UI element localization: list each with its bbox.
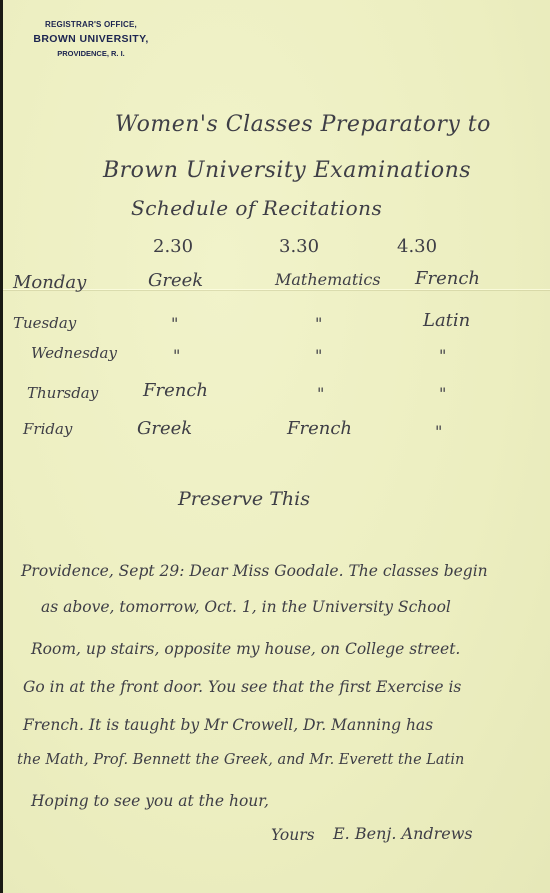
schedule-cell: French [143, 380, 208, 401]
signature: E. Benj. Andrews [333, 824, 473, 843]
letter-line: as above, tomorrow, Oct. 1, in the Unive… [41, 598, 451, 616]
heading-line-2: Brown University Examinations [103, 158, 471, 183]
letter-line: Hoping to see you at the hour, [31, 792, 269, 810]
letter-line: the Math, Prof. Bennett the Greek, and M… [17, 752, 464, 768]
schedule-cell: " [315, 346, 322, 365]
day-label: Wednesday [31, 344, 117, 362]
schedule-cell: Greek [148, 270, 203, 291]
letterhead: REGISTRAR'S OFFICE, BROWN UNIVERSITY, PR… [21, 20, 161, 58]
schedule-cell: " [171, 314, 178, 333]
day-label: Tuesday [13, 314, 76, 332]
letter-line: Providence, Sept 29: Dear Miss Goodale. … [21, 562, 488, 580]
schedule-cell: " [315, 314, 322, 333]
schedule-cell: " [317, 384, 324, 403]
day-label: Thursday [27, 384, 98, 402]
letter-line: French. It is taught by Mr Crowell, Dr. … [23, 716, 433, 734]
preserve-note: Preserve This [178, 488, 310, 510]
day-label: Friday [23, 420, 72, 438]
schedule-cell: Mathematics [275, 270, 381, 289]
heading-line-3: Schedule of Recitations [131, 196, 382, 220]
schedule-cell: " [439, 346, 446, 365]
day-label: Monday [13, 272, 86, 293]
time-header-2: 3.30 [279, 236, 319, 257]
schedule-cell: French [415, 268, 480, 289]
schedule-cell: Greek [137, 418, 192, 439]
schedule-cell: French [287, 418, 352, 439]
heading-line-1: Women's Classes Preparatory to [115, 112, 491, 137]
letter-line: Go in at the front door. You see that th… [23, 678, 461, 696]
schedule-cell: " [173, 346, 180, 365]
letter-line: Room, up stairs, opposite my house, on C… [31, 640, 460, 658]
time-header-3: 4.30 [397, 236, 437, 257]
letterhead-university: BROWN UNIVERSITY, [21, 33, 161, 45]
schedule-cell: " [439, 384, 446, 403]
letterhead-office: REGISTRAR'S OFFICE, [21, 20, 161, 29]
letterhead-city: PROVIDENCE, R. I. [21, 49, 161, 58]
time-header-1: 2.30 [153, 236, 193, 257]
letter-closing: Yours [271, 826, 315, 844]
document-page: REGISTRAR'S OFFICE, BROWN UNIVERSITY, PR… [0, 0, 550, 893]
schedule-cell: " [435, 422, 442, 441]
schedule-cell: Latin [423, 310, 470, 331]
